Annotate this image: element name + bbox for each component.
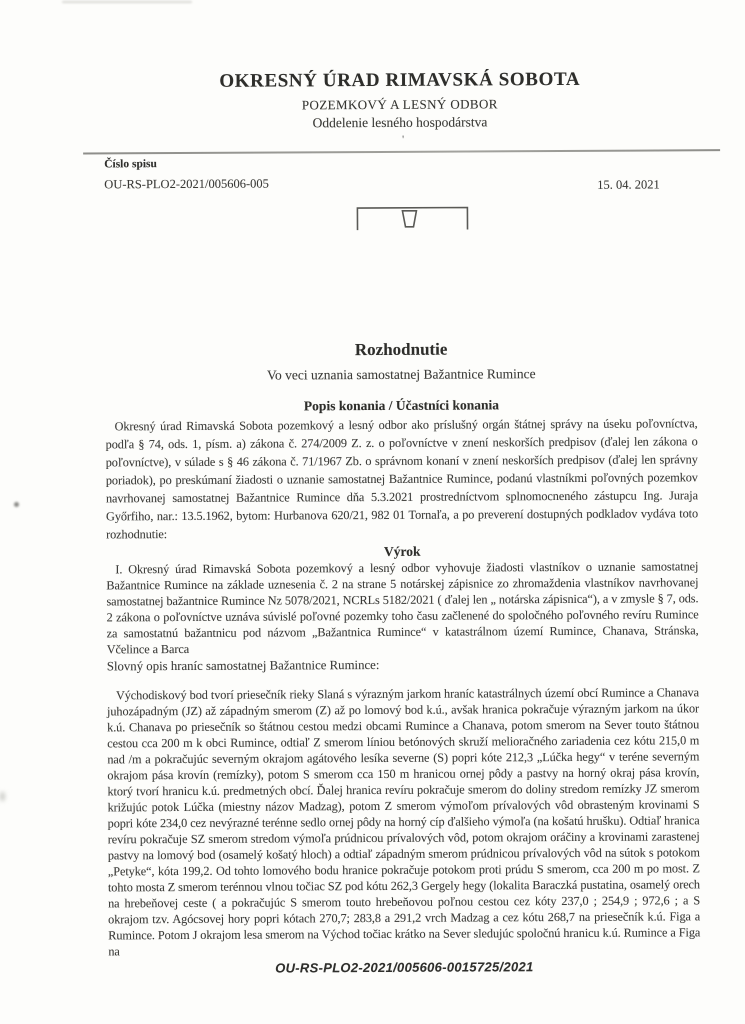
verdict-paragraph: I. Okresný úrad Rimavská Sobota pozemkov… [106,558,698,657]
file-number-value: OU-RS-PLO2-2021/005606-005 [104,177,269,193]
boundary-description-paragraph: Východiskový bod tvorí priesečník rieky … [107,684,700,959]
document-content: OKRESNÝ ÚRAD RIMAVSKÁ SOBOTA POZEMKOVÝ A… [0,0,745,1024]
emblem-placeholder-icon [355,203,469,236]
letterhead-department: POZEMKOVÝ A LESNÝ ODBOR [104,95,696,114]
scanned-document-page: OKRESNÝ ÚRAD RIMAVSKÁ SOBOTA POZEMKOVÝ A… [0,0,745,1024]
participants-paragraph: Okresný úrad Rimavská Sobota pozemkový a… [106,414,699,543]
file-number-label: Číslo spisu [104,158,157,170]
section-heading-participants: Popis konania / Účastníci konania [105,396,697,415]
document-date: 15. 04. 2021 [597,177,660,192]
letterhead-division: Oddelenie lesného hospodárstva [104,113,696,132]
decision-subject: Vo veci uznania samostatnej Bažantnice R… [105,365,697,384]
scan-artifact-dot [14,502,19,507]
footer-reference-number: OU-RS-PLO2-2021/005606-0015725/2021 [108,958,700,976]
boundary-description-heading: Slovný opis hraníc samostatnej Bažantnic… [107,656,699,674]
letterhead-office-title: OKRESNÝ ÚRAD RIMAVSKÁ SOBOTA [104,68,696,93]
scan-artifact-tick: ' [402,134,404,146]
decision-title: Rozhodnutie [105,338,697,361]
header-divider-line [83,149,720,154]
scan-artifact-smudge [0,792,5,801]
